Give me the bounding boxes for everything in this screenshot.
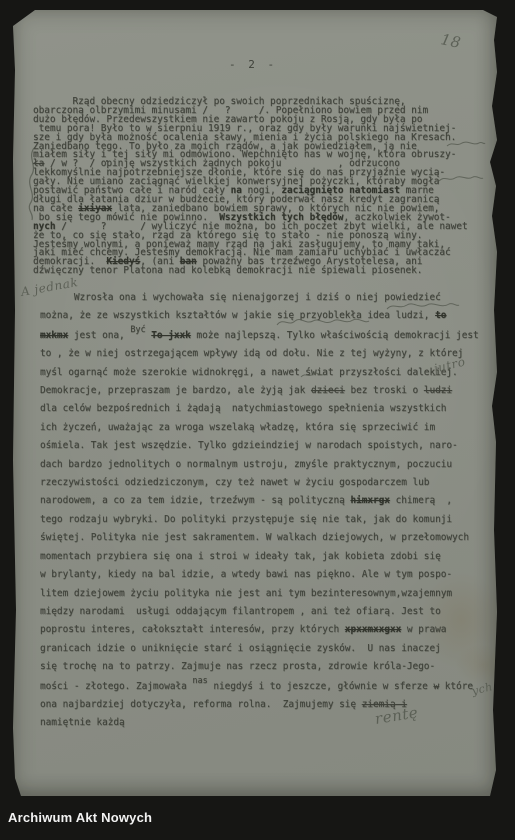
document-page: - 2 - Rząd obecny odziedziczył po swoich…: [13, 10, 497, 796]
typed-line: momentach przybiera się ona i stroi w id…: [40, 548, 492, 566]
pencil-page-number: 18: [439, 30, 463, 52]
typed-line: się trochę na to patrzy. Zajmuje nas rze…: [40, 658, 492, 676]
typed-line: świętej. Polityka nie jest sakramentem. …: [40, 529, 492, 547]
typed-line: mości - złotego. Zajmowała nas niegdyś i…: [40, 677, 492, 696]
typed-line: dźwięczny tenor Platona nad kolebką demo…: [33, 267, 485, 276]
paper-specks: [106, 160, 108, 162]
typed-line: narodowem, a co za tem idzie, trzeźwym -…: [40, 492, 492, 510]
pencil-margin-brace: [25, 146, 41, 222]
typed-line: dla celów bezpośrednich i żądają natychm…: [40, 400, 492, 418]
typed-line: rzeczywistości odziedziczonym, czy też n…: [40, 474, 492, 492]
pencil-scribble: [445, 138, 487, 150]
typed-line: ona najbardziej dotyczyła, reforma rolna…: [40, 696, 492, 714]
typed-line: dach bardzo jednolitych o normalnym ustr…: [40, 456, 492, 474]
pencil-scribble: [299, 370, 327, 380]
pencil-scribble: [437, 172, 485, 186]
pencil-scribble: [275, 315, 371, 329]
typed-line: granicach idzie o uniknięcie starć i osi…: [40, 640, 492, 658]
typed-line: litem dziejowem życiu polityka nie jest …: [40, 585, 492, 603]
typed-line: ich życzeń, uważając za wroga wszelaką w…: [40, 419, 492, 437]
pencil-scribble: [385, 299, 461, 313]
typed-line: w brylanty, kiedy na bal idzie, a wtedy …: [40, 566, 492, 584]
archive-name-label: Archiwum Akt Nowych: [8, 810, 152, 825]
paragraph-1: Rząd obecny odziedziczył po swoich poprz…: [33, 98, 485, 276]
typed-line: tego rodzaju wybryki. Do polityki przyst…: [40, 511, 492, 529]
paragraph-2: Wzrosła ona i wychowała się nienajgorzej…: [40, 289, 492, 733]
typed-line: mxkmx jest ona, Być To jxxk może najleps…: [40, 326, 492, 345]
typed-line: myśl ogarnąć może szerokie widnokręgi, a…: [40, 364, 492, 382]
typed-line: Demokracje, przepraszam je bardzo, ale ż…: [40, 382, 492, 400]
typed-line: namiętnie każdą: [40, 714, 492, 732]
typed-line: to , że w niej ostrzegającem wpływy idą …: [40, 345, 492, 363]
typed-line: poprostu interes, całokształt interesów,…: [40, 621, 492, 639]
typed-line: ośmiela. Tak jest wszędzie. Tylko gdziei…: [40, 437, 492, 455]
typed-page-number: - 2 -: [229, 58, 277, 71]
typed-line: między narodami usługi oddającym filantr…: [40, 603, 492, 621]
